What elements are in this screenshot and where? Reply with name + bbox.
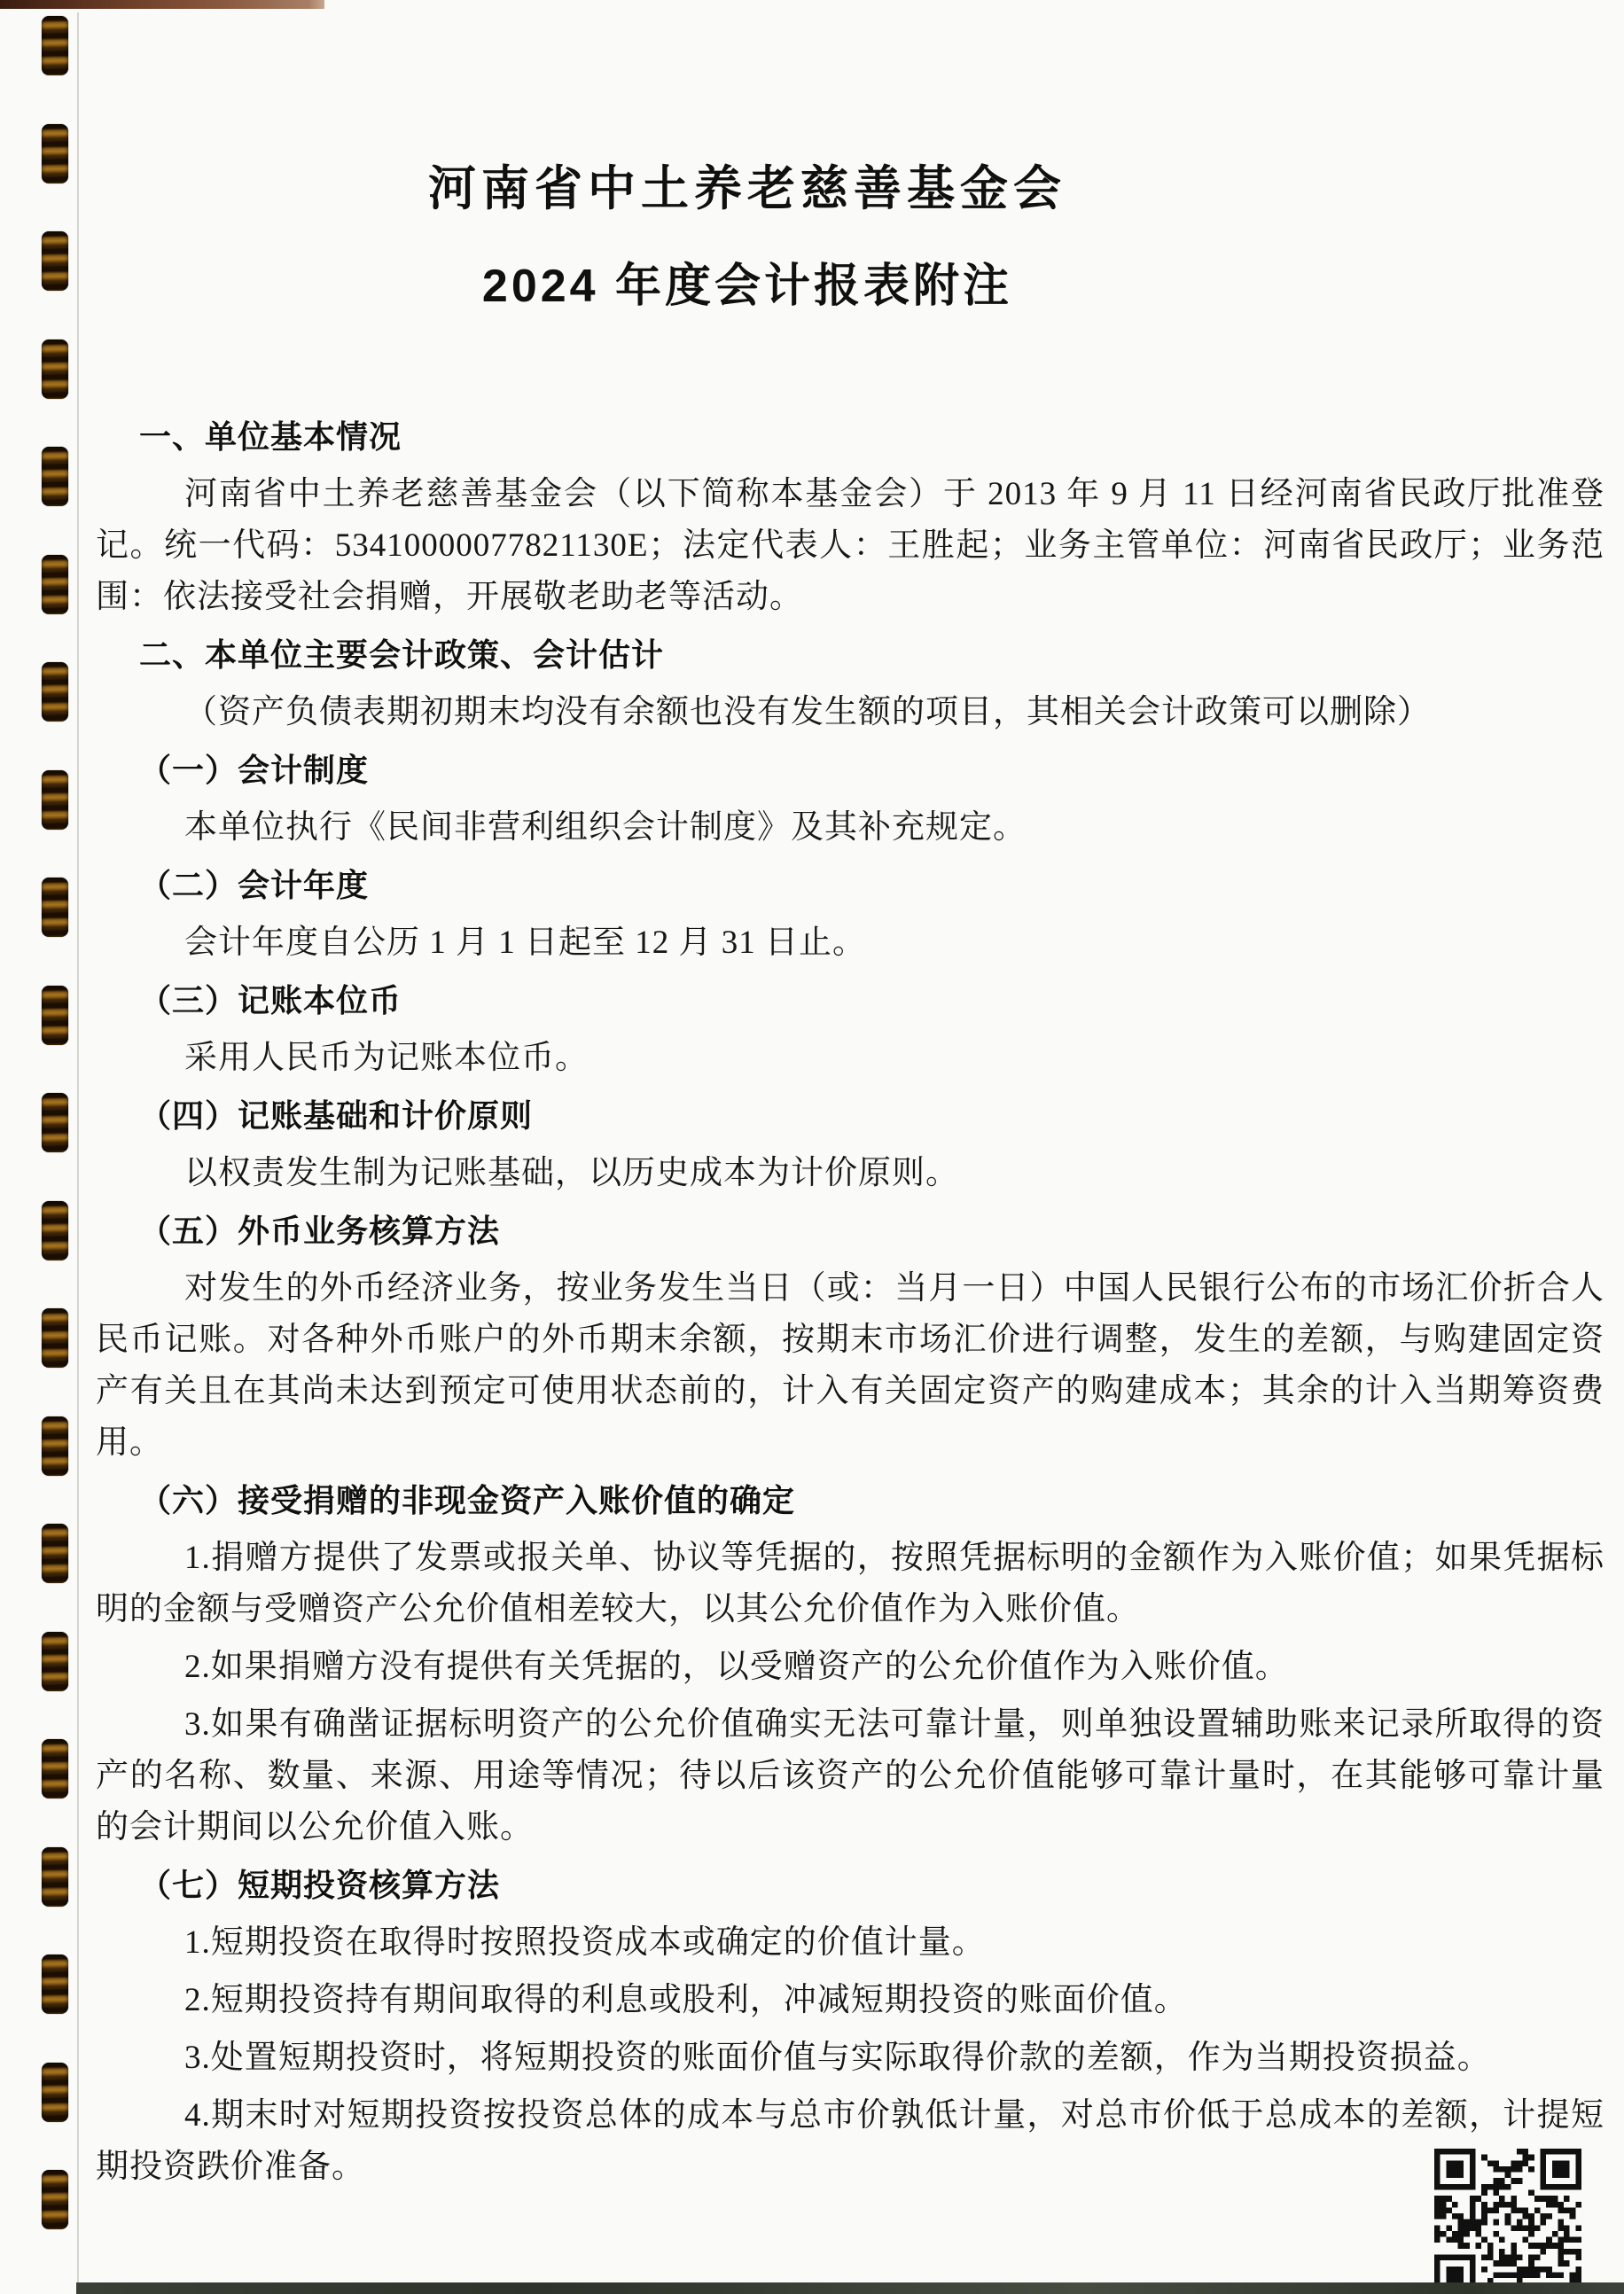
document-body: 一、单位基本情况河南省中土养老慈善基金会（以下简称本基金会）于 2013 年 9… bbox=[96, 411, 1604, 2193]
binding-hole bbox=[42, 1524, 68, 1583]
binding-hole bbox=[42, 986, 68, 1045]
paragraph: 以权责发生制为记账基础，以历史成本为计价原则。 bbox=[96, 1148, 1604, 1199]
binding-hole bbox=[42, 1847, 68, 1907]
paragraph: 会计年度自公历 1 月 1 日起至 12 月 31 日止。 bbox=[96, 917, 1604, 969]
paragraph: （资产负债表期初期末均没有余额也没有发生额的项目，其相关会计政策可以删除） bbox=[96, 687, 1604, 738]
subsection-heading: （五）外币业务核算方法 bbox=[139, 1206, 1604, 1257]
subsection-heading: （六）接受捐赠的非现金资产入账价值的确定 bbox=[139, 1475, 1604, 1526]
binding-hole bbox=[42, 770, 68, 830]
paragraph: 1.短期投资在取得时按照投资成本或确定的价值计量。 bbox=[96, 1917, 1604, 1969]
binding-hole bbox=[42, 124, 68, 183]
binding-hole bbox=[42, 1416, 68, 1476]
binding-hole bbox=[42, 339, 68, 399]
subsection-heading: （四）记账基础和计价原则 bbox=[139, 1090, 1604, 1142]
binding-hole bbox=[42, 1201, 68, 1260]
binding-holes-rail bbox=[0, 0, 82, 2294]
binding-hole bbox=[42, 2063, 68, 2122]
paragraph: 3.处置短期投资时，将短期投资的账面价值与实际取得价款的差额，作为当期投资损益。 bbox=[96, 2033, 1604, 2084]
binding-hole bbox=[42, 1739, 68, 1799]
qr-code bbox=[1434, 2149, 1581, 2294]
title-block: 河南省中土养老慈善基金会 2024 年度会计报表附注 bbox=[0, 0, 1495, 314]
paragraph: 本单位执行《民间非营利组织会计制度》及其补充规定。 bbox=[96, 802, 1604, 854]
document-title: 河南省中土养老慈善基金会 bbox=[0, 161, 1495, 216]
subsection-heading: （一）会计制度 bbox=[139, 745, 1604, 796]
paragraph: 2.如果捐赠方没有提供有关凭据的，以受赠资产的公允价值作为入账价值。 bbox=[96, 1642, 1604, 1693]
binding-hole bbox=[42, 1308, 68, 1368]
paragraph: 1.捐赠方提供了发票或报关单、协议等凭据的，按照凭据标明的金额作为入账价值；如果… bbox=[96, 1533, 1604, 1635]
binding-hole bbox=[42, 662, 68, 722]
binding-hole bbox=[42, 447, 68, 506]
paragraph: 河南省中土养老慈善基金会（以下简称本基金会）于 2013 年 9 月 11 日经… bbox=[96, 469, 1604, 623]
paragraph: 3.如果有确凿证据标明资产的公允价值确实无法可靠计量，则单独设置辅助账来记录所取… bbox=[96, 1699, 1604, 1853]
binding-hole bbox=[42, 231, 68, 291]
subsection-heading: （七）短期投资核算方法 bbox=[139, 1860, 1604, 1911]
binding-hole bbox=[42, 878, 68, 937]
paragraph: 2.短期投资持有期间取得的利息或股利，冲减短期投资的账面价值。 bbox=[96, 1975, 1604, 2026]
subsection-heading: （三）记账本位币 bbox=[139, 975, 1604, 1026]
binding-hole bbox=[42, 555, 68, 614]
binding-hole bbox=[42, 1632, 68, 1691]
section-heading: 二、本单位主要会计政策、会计估计 bbox=[139, 629, 1604, 681]
subsection-heading: （二）会计年度 bbox=[139, 860, 1604, 911]
binding-hole bbox=[42, 16, 68, 75]
scan-bottom-edge bbox=[76, 2282, 1624, 2294]
document-subtitle: 2024 年度会计报表附注 bbox=[0, 259, 1495, 314]
scanned-document-page: 河南省中土养老慈善基金会 2024 年度会计报表附注 一、单位基本情况河南省中土… bbox=[0, 0, 1624, 2294]
paragraph: 采用人民币为记账本位币。 bbox=[96, 1033, 1604, 1084]
binding-hole bbox=[42, 1955, 68, 2014]
paragraph: 4.期末时对短期投资按投资总体的成本与总市价孰低计量，对总市价低于总成本的差额，… bbox=[96, 2090, 1604, 2193]
section-heading: 一、单位基本情况 bbox=[139, 411, 1604, 463]
binding-hole bbox=[42, 1093, 68, 1152]
binding-hole bbox=[42, 2170, 68, 2229]
paragraph: 对发生的外币经济业务，按业务发生当日（或：当月一日）中国人民银行公布的市场汇价折… bbox=[96, 1263, 1604, 1469]
